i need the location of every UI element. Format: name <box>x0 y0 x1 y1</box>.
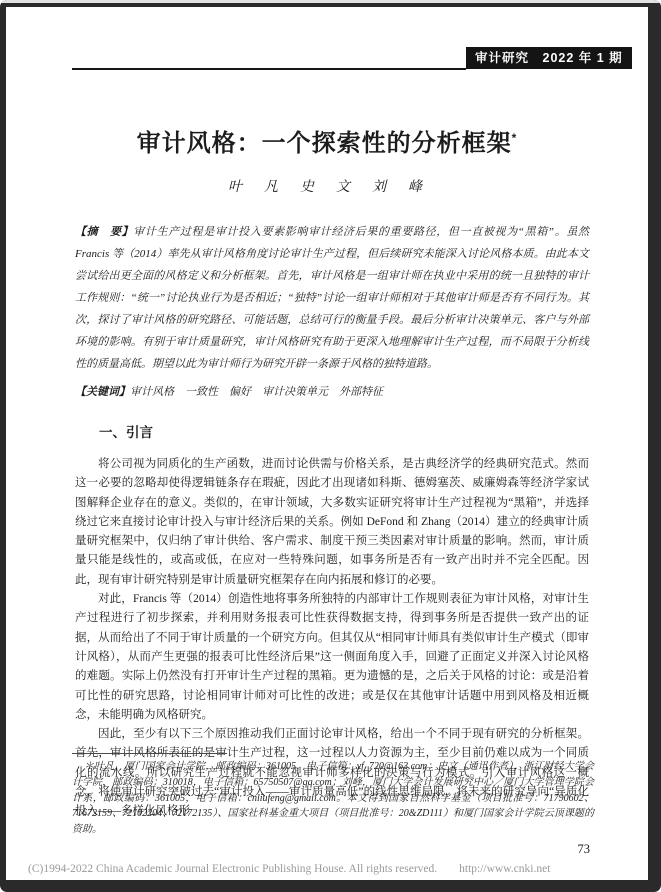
keywords-block: 【关键词】审计风格 一致性 偏好 审计决策单元 外部特征 <box>75 381 589 403</box>
page-number: 73 <box>578 842 591 857</box>
paper-page: 审计研究 2022 年 1 期 审计风格：一个探索性的分析框架* 叶 凡 史 文… <box>6 7 648 880</box>
page-content: 审计风格：一个探索性的分析框架* 叶 凡 史 文 刘 峰 【摘 要】审计生产过程… <box>6 7 648 822</box>
copyright-footer: (C)1994-2022 China Academic Journal Elec… <box>28 863 550 875</box>
abstract-label: 【摘 要】 <box>75 226 133 238</box>
footnote-text: ＊叶凡，厦门国家会计学院，邮政编码：361005，电子信箱：yf_720@163… <box>72 759 594 838</box>
authors-line: 叶 凡 史 文 刘 峰 <box>6 176 648 196</box>
title-footnote-marker: * <box>512 131 518 145</box>
body-paragraph-2: 对此，Francis 等（2014）创造性地将事务所独特的内部审计工作规则表征为… <box>75 590 589 725</box>
section-heading-introduction: 一、引言 <box>99 425 648 441</box>
paper-title-text: 审计风格：一个探索性的分析框架 <box>137 130 512 157</box>
keywords-text: 审计风格 一致性 偏好 审计决策单元 外部特征 <box>130 386 383 398</box>
copyright-text: (C)1994-2022 China Academic Journal Elec… <box>28 863 437 875</box>
screenshot-frame: 审计研究 2022 年 1 期 审计风格：一个探索性的分析框架* 叶 凡 史 文… <box>0 0 661 892</box>
keywords-label: 【关键词】 <box>75 386 130 398</box>
frame-top-strip <box>0 0 661 3</box>
paper-title: 审计风格：一个探索性的分析框架* <box>6 123 648 159</box>
abstract-block: 【摘 要】审计生产过程是审计投入要素影响审计经济后果的重要路径，但一直被视为“黑… <box>75 221 589 375</box>
abstract-text: 审计生产过程是审计投入要素影响审计经济后果的重要路径，但一直被视为“黑箱”。虽然… <box>75 226 589 370</box>
cnki-url-text: http://www.cnki.net <box>459 863 550 875</box>
footnote-separator-rule <box>72 753 227 754</box>
footnote-block: ＊叶凡，厦门国家会计学院，邮政编码：361005，电子信箱：yf_720@163… <box>72 753 594 838</box>
body-paragraph-1: 将公司视为同质化的生产函数，进而讨论供需与价格关系，是古典经济学的经典研究范式。… <box>75 455 589 590</box>
